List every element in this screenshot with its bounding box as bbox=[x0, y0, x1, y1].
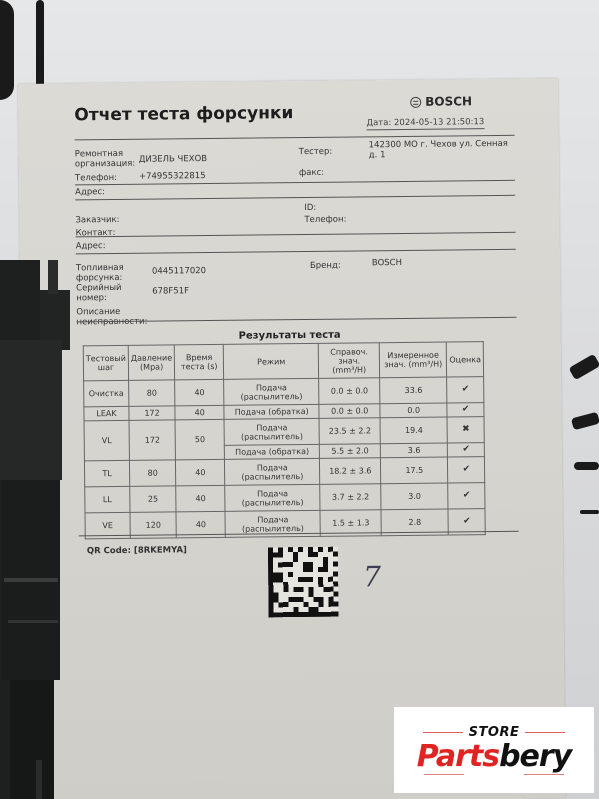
phone-label: Телефон: bbox=[75, 173, 117, 183]
header-mode: Режим bbox=[224, 343, 319, 379]
test-report-sheet: Отчет теста форсунки BOSCH Дата: 2024-05… bbox=[18, 78, 566, 799]
serial-value: 678F51F bbox=[152, 286, 189, 296]
fault-label: Описание неисправности: bbox=[76, 307, 156, 328]
bosch-logo-icon bbox=[410, 96, 421, 107]
report-date: Дата: 2024-05-13 21:50:13 bbox=[366, 117, 484, 130]
fail-cross-icon: ✖ bbox=[447, 417, 484, 443]
repair-org-value: ДИЗЕЛЬ ЧЕХОВ bbox=[139, 154, 207, 165]
store-label: STORE bbox=[423, 725, 566, 740]
partsbery-store-watermark: STORE Partsbery bbox=[394, 707, 594, 793]
injector-label: Топливная форсунка: bbox=[76, 263, 136, 284]
results-header-row: Тестовый шаг Давление (Mpa) Время теста … bbox=[83, 342, 484, 381]
brand-name: BOSCH bbox=[425, 94, 472, 108]
pass-check-icon: ✔ bbox=[448, 483, 485, 509]
logo-underline-decoration bbox=[424, 774, 564, 775]
pass-check-icon: ✔ bbox=[447, 377, 484, 403]
customer-address-label: Адрес: bbox=[76, 241, 106, 251]
brand-label: Бренд: bbox=[310, 261, 341, 271]
customer-label: Заказчик: bbox=[75, 215, 119, 225]
divider bbox=[76, 232, 516, 238]
fax-label: факс: bbox=[299, 168, 324, 178]
header-pressure: Давление (Mpa) bbox=[128, 345, 175, 380]
report-title: Отчет теста форсунки bbox=[74, 103, 293, 125]
pass-check-icon: ✔ bbox=[448, 443, 485, 457]
customer-phone-label: Телефон: bbox=[304, 215, 346, 225]
phone-value: +74955322815 bbox=[139, 171, 206, 182]
background-marker-stroke bbox=[0, 0, 14, 100]
partsbery-logo: Partsbery bbox=[417, 740, 571, 774]
divider bbox=[76, 249, 516, 255]
background-marker-stroke bbox=[574, 462, 599, 470]
results-title: Результаты теста bbox=[239, 330, 341, 342]
header-time: Время теста (s) bbox=[175, 344, 224, 380]
header-grade: Оценка bbox=[446, 342, 483, 377]
address-label: Адрес: bbox=[75, 187, 105, 197]
header-step: Тестовый шаг bbox=[83, 345, 128, 380]
divider bbox=[75, 195, 515, 201]
pass-check-icon: ✔ bbox=[448, 457, 485, 483]
repair-org-label: Ремонтная организация: bbox=[75, 149, 135, 170]
header-ref: Справоч. знач. (mm³/H) bbox=[318, 343, 379, 379]
qr-code-label: QR Code: [8RKEMYA] bbox=[87, 545, 187, 556]
injector-value: 0445117020 bbox=[152, 266, 206, 277]
fuel-injector-photo bbox=[0, 260, 70, 799]
serial-label: Серийный номер: bbox=[76, 283, 136, 304]
tester-value: 142300 МО г. Чехов ул. Сенная д. 1 bbox=[369, 139, 519, 161]
datamatrix-code-icon bbox=[268, 547, 339, 618]
background-marker-stroke bbox=[580, 510, 599, 514]
handwritten-note: 7 bbox=[363, 560, 381, 593]
pass-check-icon: ✔ bbox=[447, 403, 484, 417]
tester-label: Тестер: bbox=[299, 147, 333, 157]
brand-header: BOSCH bbox=[410, 94, 472, 109]
header-measured: Измеренное знач. (mm³/H) bbox=[379, 342, 446, 378]
id-label: ID: bbox=[304, 203, 316, 213]
results-table: Тестовый шаг Давление (Mpa) Время теста … bbox=[83, 341, 486, 539]
brand-value: BOSCH bbox=[372, 258, 402, 268]
